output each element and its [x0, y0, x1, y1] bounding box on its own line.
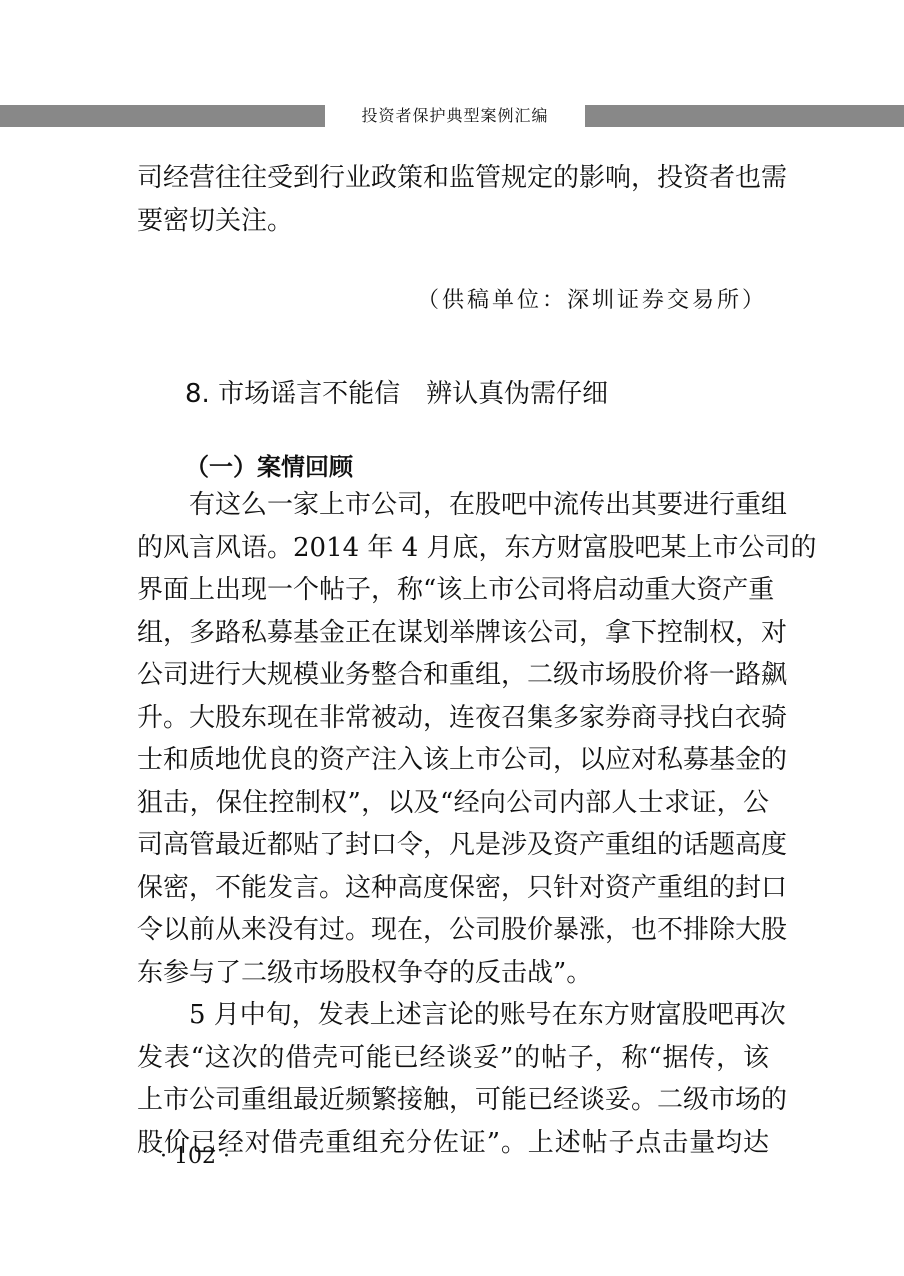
section-number: 8. [185, 379, 210, 409]
text-line: 的风言风语。2014 年 4 月底，东方财富股吧某上市公司的 [137, 527, 769, 570]
case-review-paragraph-2: 5 月中旬，发表上述言论的账号在东方财富股吧再次 发表“这次的借壳可能已经谈妥”… [137, 994, 769, 1164]
continuation-paragraph: 司经营往往受到行业政策和监管规定的影响，投资者也需 要密切关注。 [137, 157, 769, 242]
text-line: 士和质地优良的资产注入该上市公司，以应对私募基金的 [137, 739, 769, 782]
text-line: 发表“这次的借壳可能已经谈妥”的帖子，称“据传，该 [137, 1037, 769, 1080]
text-line: 有这么一家上市公司，在股吧中流传出其要进行重组 [137, 484, 769, 527]
text-line: 上市公司重组最近频繁接触，可能已经谈妥。二级市场的 [137, 1079, 769, 1122]
header-rule-right [585, 105, 904, 127]
text-line: 东参与了二级市场股权争夺的反击战”。 [137, 952, 769, 995]
page-number: · 102 · [160, 1142, 230, 1172]
text-line: 司高管最近都贴了封口令，凡是涉及资产重组的话题高度 [137, 824, 769, 867]
text-line: 司经营往往受到行业政策和监管规定的影响，投资者也需 [137, 157, 769, 200]
subsection-heading: （一）案情回顾 [185, 447, 353, 487]
case-review-paragraph-1: 有这么一家上市公司，在股吧中流传出其要进行重组 的风言风语。2014 年 4 月… [137, 484, 769, 994]
text-line: 5 月中旬，发表上述言论的账号在东方财富股吧再次 [137, 994, 769, 1037]
source-attribution: （供稿单位：深圳证券交易所） [417, 283, 767, 314]
header-rule-left [0, 105, 325, 127]
section-heading: 8. 市场谣言不能信辨认真伪需仔细 [185, 374, 608, 414]
text-line: 界面上出现一个帖子，称“该上市公司将启动重大资产重 [137, 569, 769, 612]
text-line: 组，多路私募基金正在谋划举牌该公司，拿下控制权，对 [137, 612, 769, 655]
section-title-part1: 市场谣言不能信 [218, 379, 400, 409]
text-line: 升。大股东现在非常被动，连夜召集多家券商寻找白衣骑 [137, 697, 769, 740]
text-line: 要密切关注。 [137, 200, 769, 243]
text-line: 公司进行大规模业务整合和重组，二级市场股价将一路飙 [137, 654, 769, 697]
section-title-part2: 辨认真伪需仔细 [426, 379, 608, 409]
text-line: 令以前从来没有过。现在，公司股价暴涨，也不排除大股 [137, 909, 769, 952]
text-line: 保密，不能发言。这种高度保密，只针对资产重组的封口 [137, 867, 769, 910]
text-line: 股价已经对借壳重组充分佐证”。上述帖子点击量均达 [137, 1122, 769, 1165]
text-line: 狙击，保住控制权”，以及“经向公司内部人士求证，公 [137, 782, 769, 825]
running-header-title: 投资者保护典型案例汇编 [325, 104, 585, 128]
